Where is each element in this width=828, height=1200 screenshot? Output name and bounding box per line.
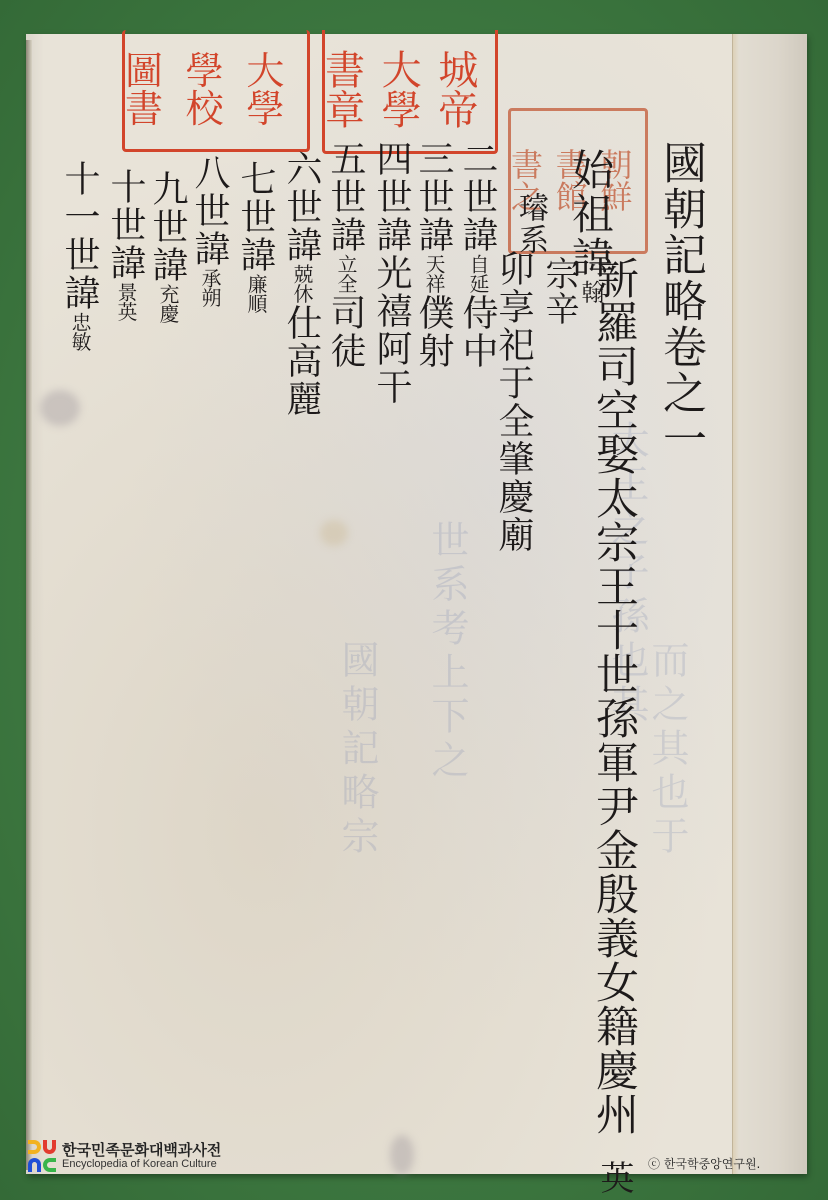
clan-note: 璿系 (508, 192, 552, 256)
generation-11: 十一世諱忠敏 (54, 160, 105, 352)
seal-text: 城帝 (438, 51, 495, 131)
seal-text: 大學 (246, 52, 307, 128)
paper-stain (390, 1135, 414, 1175)
seal-text: 書章 (325, 51, 382, 131)
seal-left: 大學 學校 圖書 (122, 30, 310, 152)
paper-stain (40, 390, 80, 426)
seal-middle: 城帝 大學 書章 (322, 30, 498, 154)
paper-stain (320, 520, 348, 546)
generation-7: 七世諱廉順 (230, 160, 281, 314)
bleed-through-text: 世系考上下之 (420, 520, 475, 784)
generation-6: 六世諱兢休仕高麗 (276, 150, 327, 418)
generation-2: 二世諱自延侍中 (452, 140, 503, 370)
bleed-through-text: 國朝記略宗 (330, 640, 385, 860)
document-title: 國朝記略卷之一 (648, 140, 712, 462)
ancestor-main-line: 新羅司空娶太宗王十世孫軍尹金殷義女籍慶州英宗辛 (534, 256, 645, 1200)
seal-text: 圖書 (125, 52, 186, 128)
encyclopedia-watermark: 한국민족문화대백과사전 Encyclopedia of Korean Cultu… (28, 1140, 221, 1174)
copyright-notice: ⓒ 한국학중앙연구원. (648, 1155, 760, 1172)
generation-10: 十世諱景英 (100, 168, 151, 322)
ancestor-description: 新羅司空娶太宗王十世孫軍尹金殷義女籍慶州 (589, 256, 639, 1136)
generation-4: 四世諱光禧阿干 (366, 140, 417, 406)
logo-korean-text: 한국민족문화대백과사전 (62, 1143, 221, 1159)
logo-english-text: Encyclopedia of Korean Culture (62, 1159, 221, 1171)
encyclopedia-logo-icon (28, 1140, 58, 1174)
page-fold (732, 34, 807, 1174)
bleed-through-text: 而之其也于 (640, 640, 695, 860)
page-edge (26, 40, 32, 1170)
seal-text: 大學 (382, 51, 439, 131)
seal-text: 學校 (186, 52, 247, 128)
generation-5: 五世諱立全司徒 (320, 140, 371, 370)
